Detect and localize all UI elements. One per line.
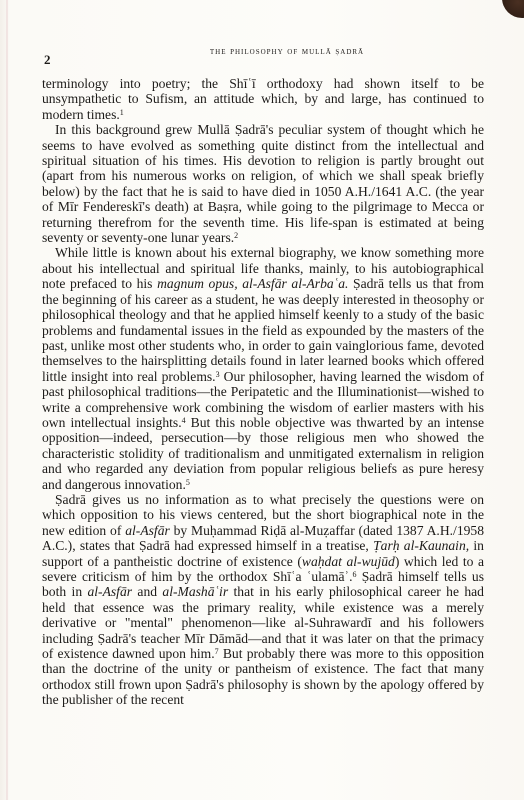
text-run: and [132, 584, 162, 599]
paragraph: terminology into poetry; the Shīʿī ortho… [42, 76, 484, 122]
italic-title: Ṭarḥ al-Kaunain, [373, 538, 469, 553]
italic-title: waḥdat al-wujūd [302, 554, 395, 569]
text-run: terminology into poetry; the Shīʿī ortho… [42, 76, 484, 122]
running-title-text: THE PHILOSOPHY OF MULLĀ ṢADRĀ [210, 46, 364, 57]
paragraph: Ṣadrā gives us no information as to what… [42, 492, 484, 708]
footnote-marker: 2 [234, 231, 238, 240]
footnote-marker: 5 [186, 478, 190, 487]
footnote-marker: 1 [120, 108, 124, 117]
body-text: terminology into poetry; the Shīʿī ortho… [42, 76, 484, 708]
italic-title: magnum opus, al-Asfār al-Arbaʿa. [157, 276, 348, 291]
page-edge [6, 0, 8, 800]
text-run: In this background grew Mullā Ṣadrā's pe… [42, 122, 484, 245]
paragraph: While little is known about his external… [42, 245, 484, 492]
running-title: THE PHILOSOPHY OF MULLĀ ṢADRĀ [44, 46, 486, 57]
running-head: 2 THE PHILOSOPHY OF MULLĀ ṢADRĀ [44, 46, 486, 66]
italic-title: al-Asfār [87, 584, 132, 599]
italic-title: al-Asfār [125, 523, 170, 538]
italic-title: al-Mashāʿir [162, 584, 228, 599]
book-page: 2 THE PHILOSOPHY OF MULLĀ ṢADRĀ terminol… [0, 0, 524, 800]
paragraph: In this background grew Mullā Ṣadrā's pe… [42, 122, 484, 245]
page-corner-shadow [502, 0, 524, 18]
text-run: Ṣadrā tells us that from the beginning o… [42, 276, 484, 383]
